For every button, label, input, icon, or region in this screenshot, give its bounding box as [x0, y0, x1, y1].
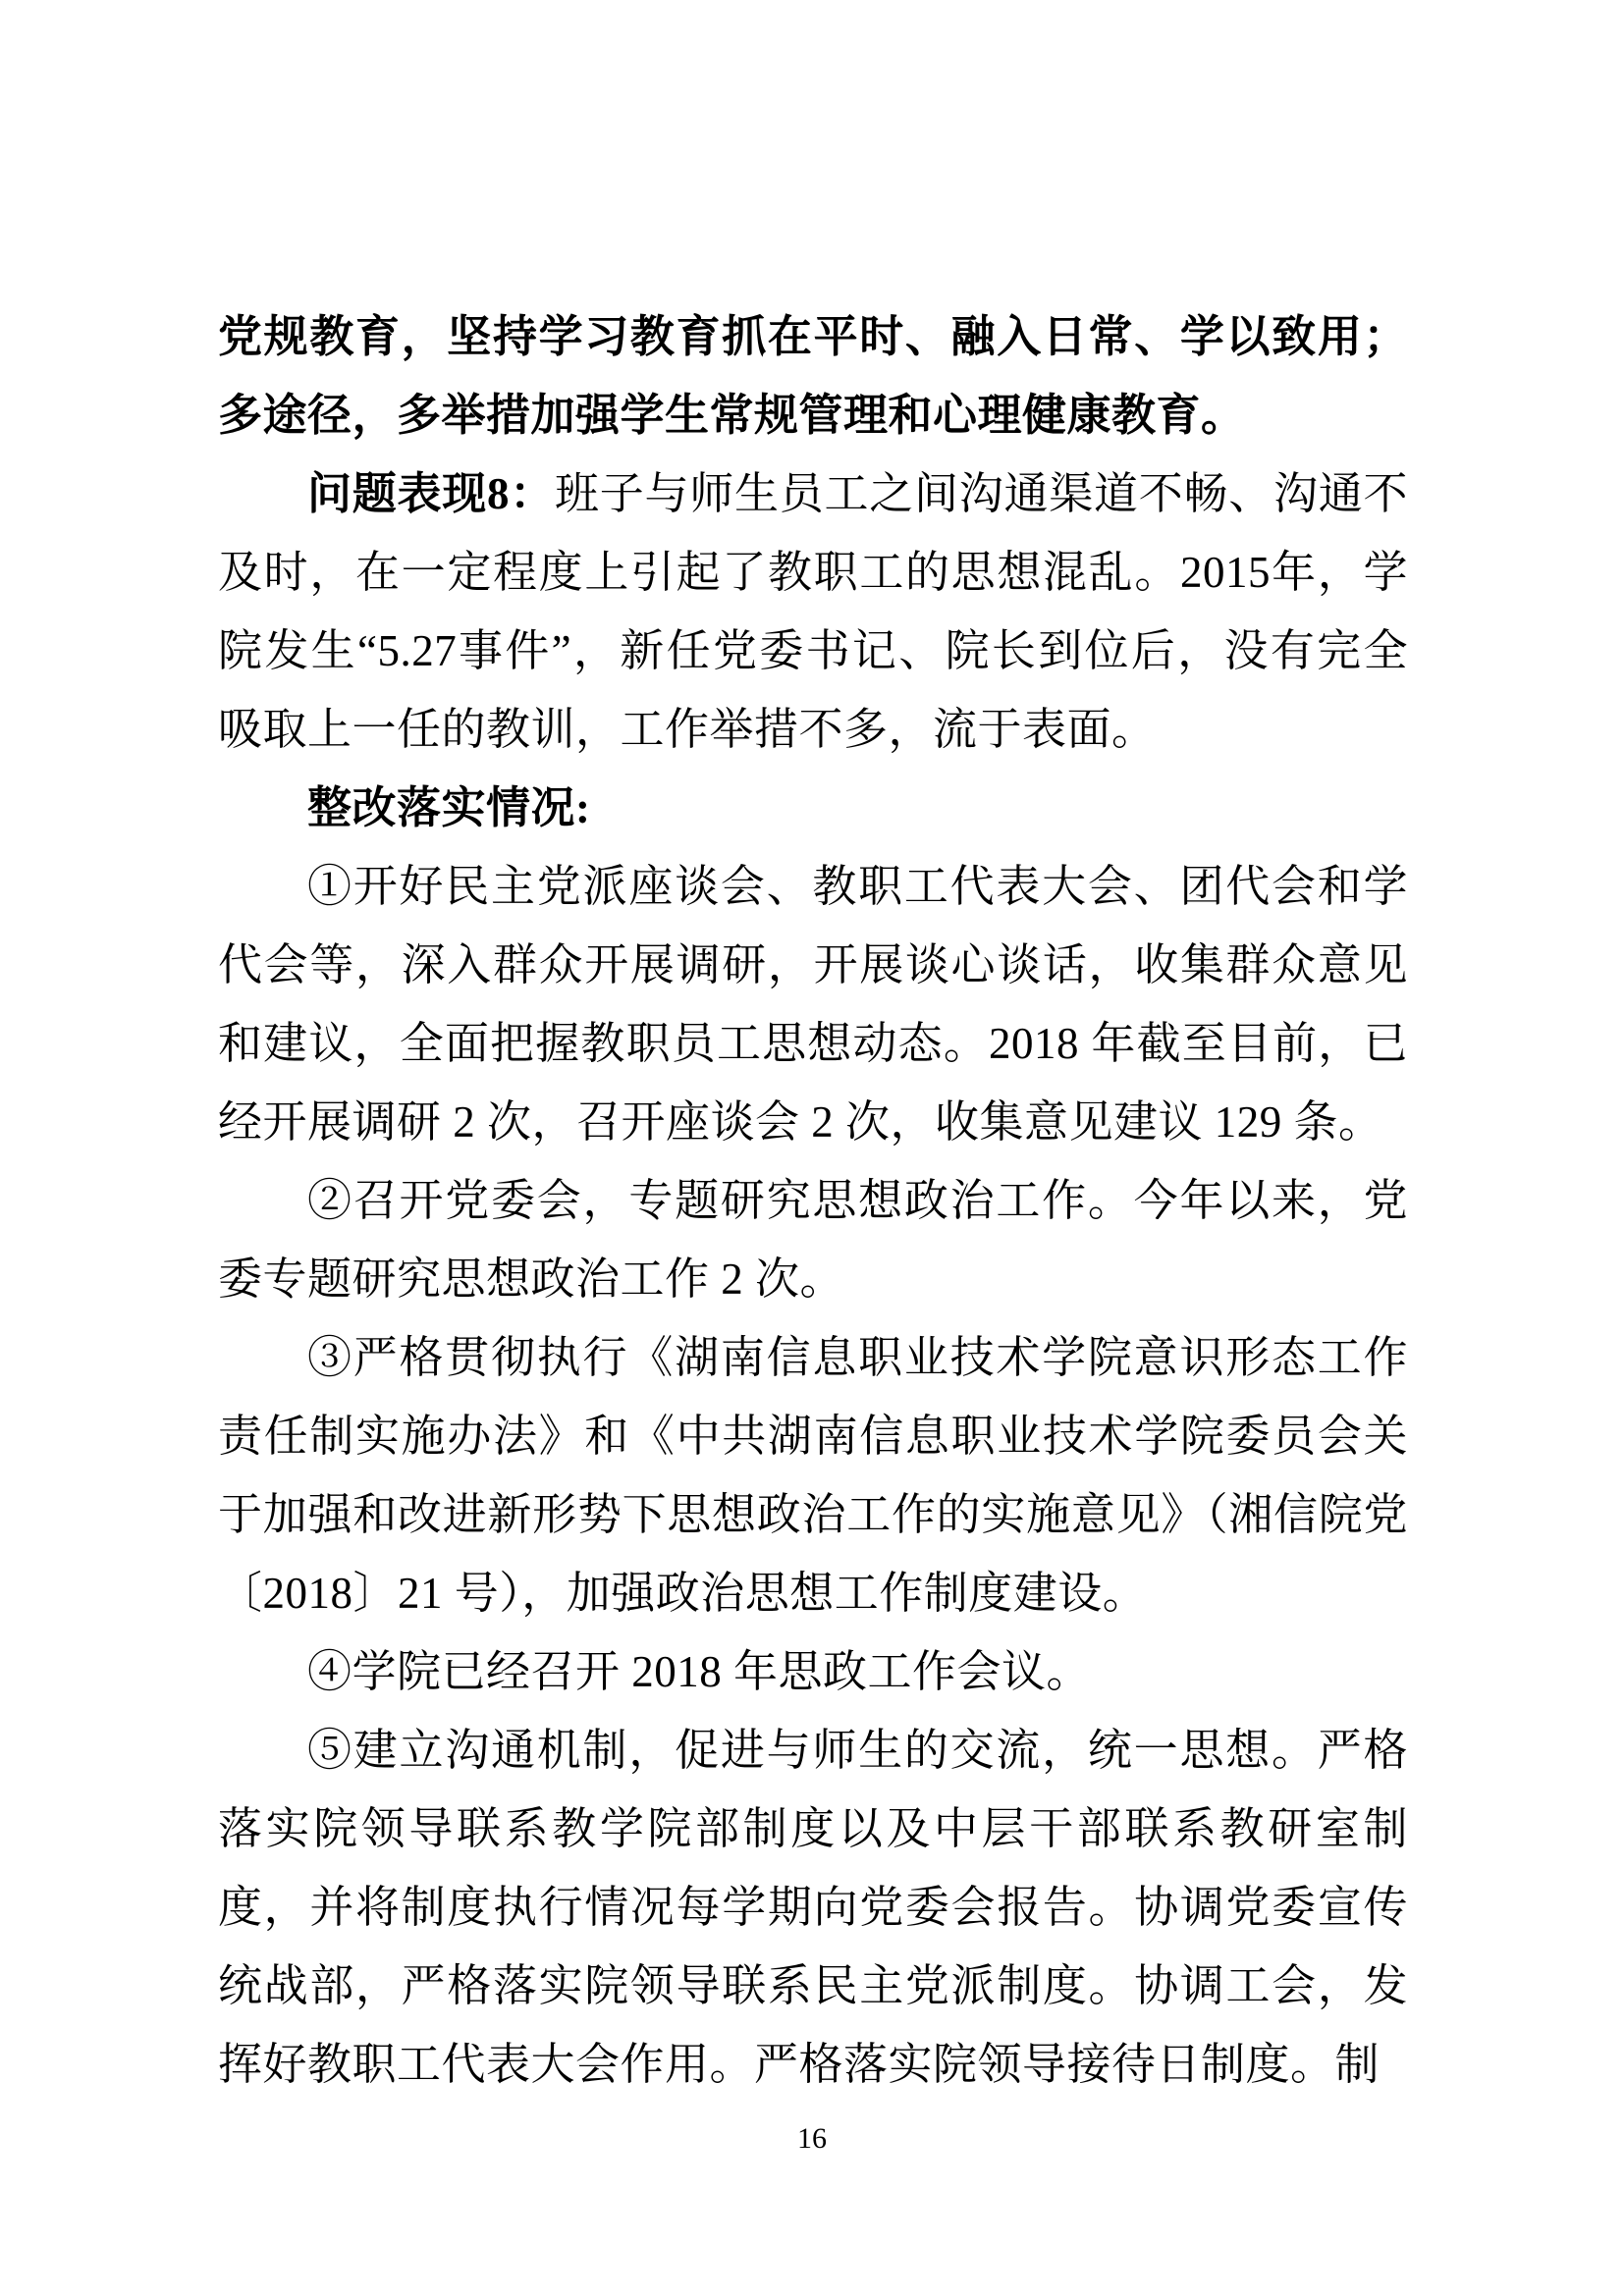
list-item-text: ④学院已经召开 2018 年思政工作会议。: [307, 1647, 1091, 1696]
heading-rectification-status: 整改落实情况:: [218, 769, 1408, 847]
problem-8-label: 问题表现8：: [307, 469, 555, 518]
document-page: 党规教育，坚持学习教育抓在平时、融入日常、学以致用；多途径，多举措加强学生常规管…: [0, 0, 1624, 2296]
page-number: 16: [0, 2118, 1624, 2160]
list-item-text: ⑤建立沟通机制，促进与师生的交流，统一思想。严格落实院领导联系教学院部制度以及中…: [218, 1726, 1408, 2089]
paragraph-text: 党规教育，坚持学习教育抓在平时、融入日常、学以致用；多途径，多举措加强学生常规管…: [218, 312, 1408, 440]
list-item-3: ③严格贯彻执行《湖南信息职业技术学院意识形态工作责任制实施办法》和《中共湖南信息…: [218, 1318, 1408, 1632]
paragraph-continuation-bold: 党规教育，坚持学习教育抓在平时、融入日常、学以致用；多途径，多举措加强学生常规管…: [218, 297, 1408, 454]
list-item-text: ②召开党委会，专题研究思想政治工作。今年以来，党委专题研究思想政治工作 2 次。: [218, 1176, 1408, 1304]
list-item-4: ④学院已经召开 2018 年思政工作会议。: [218, 1632, 1408, 1711]
list-item-text: ③严格贯彻执行《湖南信息职业技术学院意识形态工作责任制实施办法》和《中共湖南信息…: [218, 1333, 1408, 1618]
heading-text: 整改落实情况:: [307, 783, 591, 832]
list-item-1: ①开好民主党派座谈会、教职工代表大会、团代会和学代会等，深入群众开展调研，开展谈…: [218, 847, 1408, 1161]
document-text-block: 党规教育，坚持学习教育抓在平时、融入日常、学以致用；多途径，多举措加强学生常规管…: [218, 297, 1408, 2104]
paragraph-problem-8: 问题表现8：班子与师生员工之间沟通渠道不畅、沟通不及时，在一定程度上引起了教职工…: [218, 454, 1408, 769]
list-item-5: ⑤建立沟通机制，促进与师生的交流，统一思想。严格落实院领导联系教学院部制度以及中…: [218, 1711, 1408, 2104]
list-item-text: ①开好民主党派座谈会、教职工代表大会、团代会和学代会等，深入群众开展调研，开展谈…: [218, 862, 1408, 1147]
list-item-2: ②召开党委会，专题研究思想政治工作。今年以来，党委专题研究思想政治工作 2 次。: [218, 1161, 1408, 1318]
